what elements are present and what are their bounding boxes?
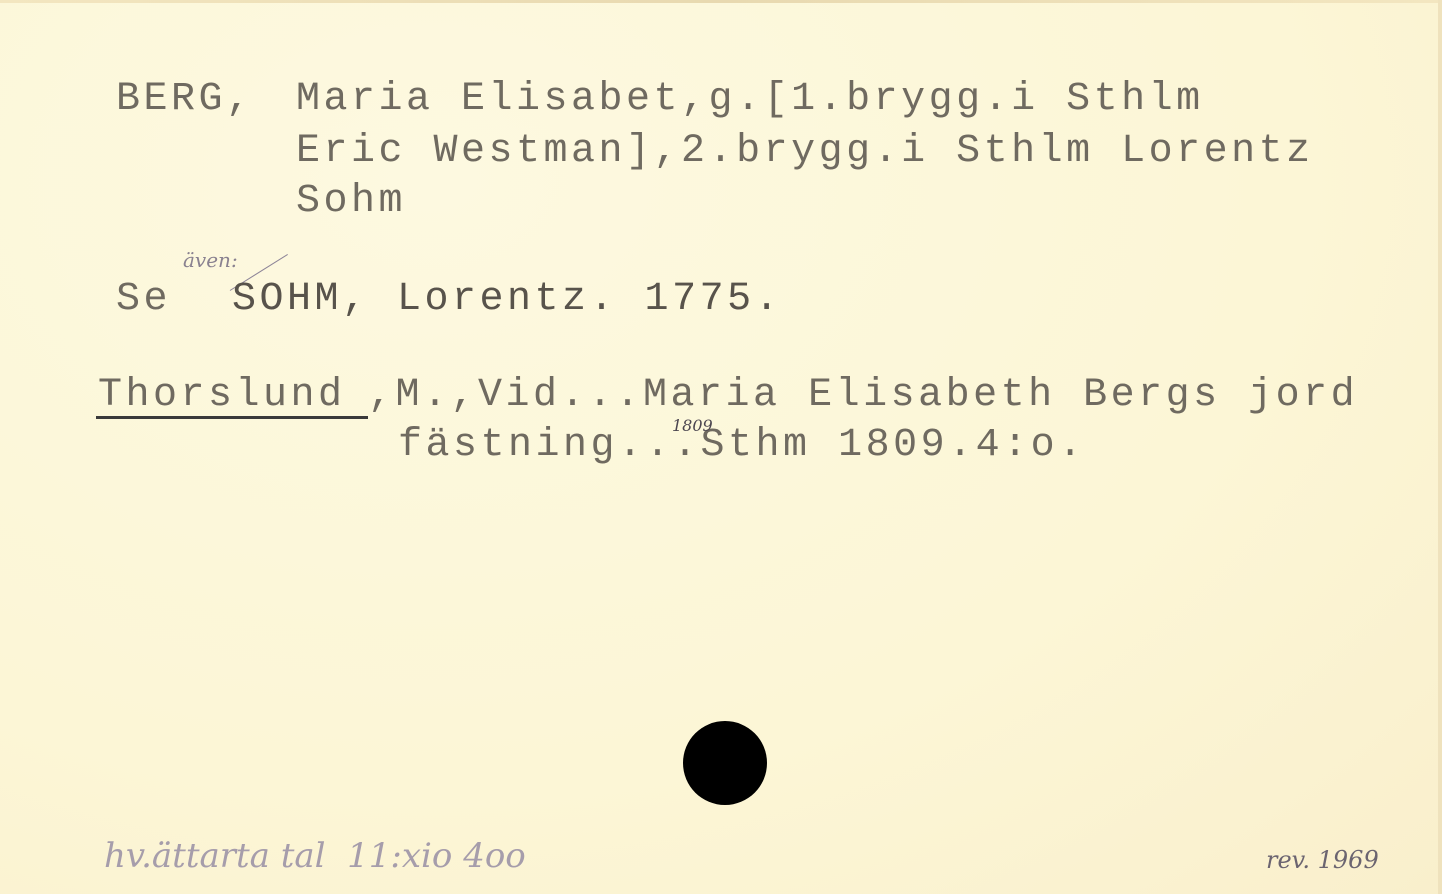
bib-line-2: fästning...Sthm 1809.4:o. xyxy=(398,426,1086,466)
author-underline xyxy=(96,416,368,419)
bib-line-1: ,M.,Vid...Maria Elisabeth Bergs jord xyxy=(368,376,1358,416)
handwritten-revision-note: rev. 1969 xyxy=(1266,846,1379,874)
card-right-edge xyxy=(1438,0,1442,894)
entry-line-1: Maria Elisabet,g.[1.brygg.i Sthlm xyxy=(296,80,1204,120)
punch-hole xyxy=(683,721,767,805)
handwritten-1809: 1809 xyxy=(672,416,713,435)
handwritten-shelf-note: hv.ättarta tal 11:xio 4oo xyxy=(104,836,526,876)
entry-line-3: Sohm xyxy=(296,182,406,222)
card-top-edge xyxy=(0,0,1442,3)
catalog-card: BERG, Maria Elisabet,g.[1.brygg.i Sthlm … xyxy=(0,0,1442,894)
cross-ref-target: SOHM, Lorentz. 1775. xyxy=(232,280,782,320)
cross-ref-prefix: Se xyxy=(116,280,171,320)
entry-surname: BERG, xyxy=(116,80,254,120)
bib-author: Thorslund xyxy=(98,376,346,416)
handwritten-aven: även: xyxy=(183,248,238,272)
entry-line-2: Eric Westman],2.brygg.i Sthlm Lorentz xyxy=(296,132,1314,172)
